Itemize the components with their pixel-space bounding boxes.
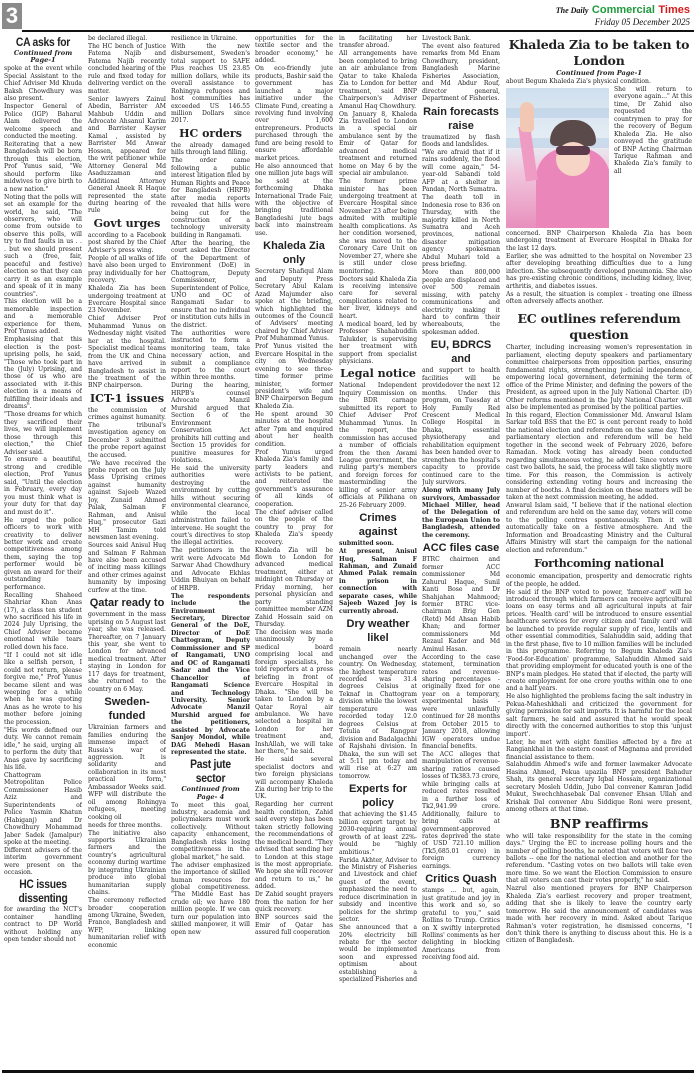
article-paragraph: He also announced that one million jute … — [255, 163, 333, 238]
article-paragraph: Ukrainian farmers and families enduring … — [88, 724, 166, 821]
article-paragraph: remain nearly unchanged over the country… — [339, 646, 417, 780]
headline-ec-referendum: EC outlines referendum question — [506, 311, 692, 343]
article-paragraph: Salahuddin Ahmed's wife and former lawma… — [506, 761, 692, 813]
article-paragraph: Livestock Bank. — [422, 35, 500, 42]
article-paragraph: "If I could not sit idle like a selfish … — [4, 652, 82, 727]
article-paragraph: BTRC chairmen and former ACC commissione… — [422, 556, 500, 653]
article-paragraph: People of all walks of life have also be… — [88, 255, 166, 285]
article-paragraph: Anwarul Islam said, "I believe that if t… — [506, 502, 692, 554]
article-paragraph: in facilitating her transfer abroad. — [339, 35, 417, 50]
article-paragraph: for awarding the NCT's container handlin… — [4, 906, 82, 943]
article-paragraph: Prof Yunus urged Khaleda Zia's family an… — [255, 449, 333, 509]
headline-past-jute-sector: Past jute sector — [177, 757, 245, 785]
article-paragraph: During the hearing, HRPB's counsel Advoc… — [171, 382, 250, 464]
article-paragraph: After the hearing, the court asked the D… — [171, 240, 250, 329]
continued-label: Continued from Page-1 — [4, 50, 82, 65]
newspaper-name: The Daily Commercial Times — [556, 3, 690, 16]
article-paragraph: He said if the BNP voted to power, 'farm… — [506, 589, 692, 693]
article-paragraph: Regarding her current health condition, … — [255, 801, 333, 890]
headline-forthcoming-national: Forthcoming national — [506, 556, 692, 572]
article-paragraph: Khaleda Zia will be flown to London for … — [255, 547, 333, 629]
article-paragraph: With the new disbursement, Sweden's tota… — [171, 43, 250, 125]
headline-eu-bdrcs: EU, BDRCS and — [422, 338, 500, 366]
headline-khaleda-london: Khaleda Zia to be taken to London — [506, 37, 692, 69]
article-paragraph: A medical board, led by Professor Shahab… — [339, 321, 417, 366]
article-paragraph: Earlier, she was admitted to the hospita… — [506, 253, 692, 290]
article-paragraph: Prof Yunus visited the Evercare Hospital… — [255, 343, 333, 410]
article-paragraph: National Independent Inquiry Commission … — [339, 382, 417, 509]
article-paragraph: government in the mass uprising on 5 Aug… — [88, 611, 166, 693]
headline-dry-weather: Dry weather likel — [339, 617, 417, 645]
article-paragraph: The adviser emphasized the importance of… — [171, 862, 250, 937]
article-paragraph: "His words defined our duty. We cannot r… — [4, 727, 82, 772]
article-paragraph: According to the case statement, termina… — [422, 654, 500, 751]
newspaper-name-red: Times — [658, 4, 690, 16]
article-paragraph: "We have received the probe report on th… — [88, 460, 166, 542]
article-paragraph: On January 8, Khaleda Zia travelled to L… — [339, 111, 417, 178]
headline-khaleda-zia-only: Khaleda Zia only — [255, 239, 333, 267]
headline-govt-urges: Govt urges — [88, 217, 166, 231]
article-paragraph: In this regard, Election Commissioner Md… — [506, 412, 692, 501]
article-paragraph: Recalling Shaheed Shahriar Khan Anas (17… — [4, 592, 82, 652]
article-paragraph: He spent around 30 minutes at the hospit… — [255, 411, 333, 448]
headline-crimes-against: Crimes against — [339, 511, 417, 539]
article-paragraph: Doctors said Khaleda Zia is receiving in… — [339, 276, 417, 321]
article-paragraph: stamps ... but, again, just gratitude an… — [422, 887, 500, 962]
article-paragraph: Inspector General of Police (IGP) Baharu… — [4, 103, 82, 140]
headline-acc-files-case: ACC files case — [422, 541, 500, 555]
article-paragraph: that achieving the $1.45 billion export … — [339, 811, 417, 856]
article-paragraph: Sources said Anisul Huq and Salman F Rah… — [88, 542, 166, 594]
article-paragraph: opportunities for the textile sector and… — [255, 35, 333, 65]
page-number-badge: 3 — [2, 3, 22, 29]
article-paragraph: Chief Adviser Prof Muhammad Yunus on Wed… — [88, 315, 166, 390]
column-5: in facilitating her transfer abroad. All… — [339, 35, 417, 1068]
article-paragraph: This election will be a memorable inspec… — [4, 298, 82, 335]
column-4: opportunities for the textile sector and… — [255, 35, 333, 1068]
headline-ict-1-issues: ICT-1 issues — [88, 392, 166, 406]
article-paragraph: To meet this goal, industry, academia an… — [171, 802, 250, 862]
article-paragraph: The ceremony reflected broader cooperati… — [88, 897, 166, 949]
article-paragraph: The authorities were instructed to form … — [171, 330, 250, 382]
article-paragraph: Secretary Shafiqul Alam and Deputy Press… — [255, 268, 333, 343]
article-paragraph: Reiterating that a new Bangladesh will b… — [4, 141, 82, 193]
continued-label: Continued from Page- 4 — [171, 786, 250, 801]
article-paragraph: Khaleda Zia has been undergoing treatmen… — [88, 285, 166, 315]
article-paragraph: BNP sources said the Emir of Qatar has a… — [255, 914, 333, 936]
article-paragraph: The petitioners in the writ were Advocat… — [171, 547, 250, 592]
article-paragraph: Emphasising that this election is the po… — [4, 336, 82, 411]
headline-sweden-funded: Sweden-funded — [88, 695, 166, 723]
khaleda-zia-photo — [506, 88, 609, 228]
article-paragraph: The initiative also supports Ukrainian f… — [88, 830, 166, 897]
article-paragraph: The death toll in Indonesia rose to 836 … — [422, 194, 500, 269]
wide-column: Khaleda Zia to be taken to London Contin… — [506, 35, 692, 945]
article-paragraph: The chief adviser called on the people o… — [255, 509, 333, 546]
photo-waving-hand — [520, 102, 534, 132]
column-6: Livestock Bank. The event also featured … — [422, 35, 500, 1068]
headline-legal-notice: Legal notice — [339, 367, 417, 381]
article-paragraph: according to a Facebook post shared by t… — [88, 232, 166, 254]
article-paragraph: Dr Zahid sought prayers from the nation … — [255, 891, 333, 913]
article-paragraph: The order came following a public intere… — [171, 157, 250, 239]
article-paragraph: Nazrul also mentioned prayers for BNP Ch… — [506, 885, 692, 945]
article-paragraph: who will take responsibility for the sta… — [506, 833, 692, 885]
masthead: 3 The Daily Commercial Times Friday 05 D… — [0, 0, 696, 32]
article-paragraph-bold: Along with many July survivors, Ambassad… — [422, 487, 500, 539]
headline-ca-asks: CA asks for — [9, 35, 76, 49]
article-paragraph: The event also featured remarks from Md … — [422, 43, 500, 103]
article-paragraph: To ensure a beautiful, strong and credib… — [4, 456, 82, 516]
article-paragraph: As a result, the situation is complex - … — [506, 291, 692, 306]
article-paragraph: and support to health facilities will be… — [422, 367, 500, 486]
article-paragraph: He said the university authorities were … — [171, 465, 250, 547]
article-paragraph: the already damaged hills through land f… — [171, 142, 250, 157]
article-paragraph: Senior lawyers Zainul Abedin, Barrister … — [88, 96, 166, 215]
issue-date: Friday 05 December 2025 — [595, 17, 690, 27]
article-paragraph: traumatized by flash floods and landslid… — [422, 134, 500, 149]
article-paragraph: Charter, including increasing women's re… — [506, 344, 692, 411]
headline-critics-quash: Critics Quash — [422, 872, 500, 886]
article-paragraph: Noting that the polls will set an exampl… — [4, 194, 82, 298]
article-paragraph: "We are afraid that if it rains suddenly… — [422, 149, 500, 194]
article-paragraph: be declared illegal. — [88, 35, 166, 42]
article-paragraph: He urged the police officers to work wit… — [4, 517, 82, 592]
top-rule-divider — [22, 30, 694, 32]
photo-arm — [518, 125, 538, 181]
article-paragraph: The decision was made unanimously by a m… — [255, 629, 333, 756]
article-paragraph: about Begum Khaleda Zia's physical condi… — [506, 78, 692, 85]
article-paragraph: economic emancipation, prosperity and de… — [506, 573, 692, 588]
article-paragraph: He said several specialist doctors and t… — [255, 756, 333, 801]
newspaper-name-green: Commercial — [592, 4, 655, 16]
headline-hc-issues-dissenting: HC issues dissenting — [9, 877, 76, 905]
article-paragraph: The HC bench of Justice Fatema Najib and… — [88, 43, 166, 95]
article-paragraph-bold: The respondents include the Environment … — [171, 593, 250, 757]
article-paragraph: The ACC alleges that manipulation of rev… — [422, 751, 500, 870]
article-paragraph: the commission of crimes against humanit… — [88, 407, 166, 459]
article-paragraph-bold: At present, Anisul Huq, Salman F Rahman,… — [339, 548, 417, 615]
article-paragraph: All arrangements have been completed to … — [339, 50, 417, 110]
article-paragraph: "Those dreams for which they sacrificed … — [4, 411, 82, 456]
article-paragraph: On eco-friendly jute products, Bashir sa… — [255, 65, 333, 162]
column-1: CA asks for Continued from Page-1 spoke … — [4, 35, 82, 1068]
article-paragraph: Farida Akhter, Adviser to the Ministry o… — [339, 857, 417, 924]
article-paragraph: Later, he met with eight families affect… — [506, 739, 692, 761]
column-2: be declared illegal. The HC bench of Jus… — [88, 35, 166, 1068]
article-paragraph: Different advisers of the interim govern… — [4, 847, 82, 877]
article-paragraph: More than 800,000 people are displaced a… — [422, 269, 500, 336]
article-paragraph-bold: submitted soon. — [339, 540, 417, 547]
headline-rain-forecasts: Rain forecasts raise — [422, 105, 500, 133]
article-paragraph: needs for three months. — [88, 822, 166, 829]
column-3: resilience in Ukraine. With the new disb… — [171, 35, 250, 1068]
continued-label: Continued from Page-1 — [506, 70, 692, 77]
article-paragraph: spoke at the event while Special Assista… — [4, 65, 82, 102]
bottom-rule-divider — [2, 1070, 694, 1073]
headline-bnp-reaffirms: BNP reaffirms — [506, 816, 692, 832]
article-paragraph: concerned. BNP Chairperson Khaleda Zia h… — [506, 230, 692, 252]
article-paragraph: The former prime minister has been under… — [339, 178, 417, 275]
article-paragraph: She announced that a 20% electricity bil… — [339, 924, 417, 984]
newspaper-name-prefix: The Daily — [556, 6, 589, 15]
headline-hc-orders: HC orders — [171, 127, 250, 141]
article-paragraph: Chattogram Metropolitan Police Commissio… — [4, 772, 82, 847]
article-paragraph: He also highlighted the problems facing … — [506, 693, 692, 738]
photo-sunglasses — [556, 146, 590, 155]
headline-qatar-ready: Qatar ready to — [88, 596, 166, 610]
headline-experts-for-policy: Experts for policy — [339, 782, 417, 810]
article-paragraph: resilience in Ukraine. — [171, 35, 250, 42]
